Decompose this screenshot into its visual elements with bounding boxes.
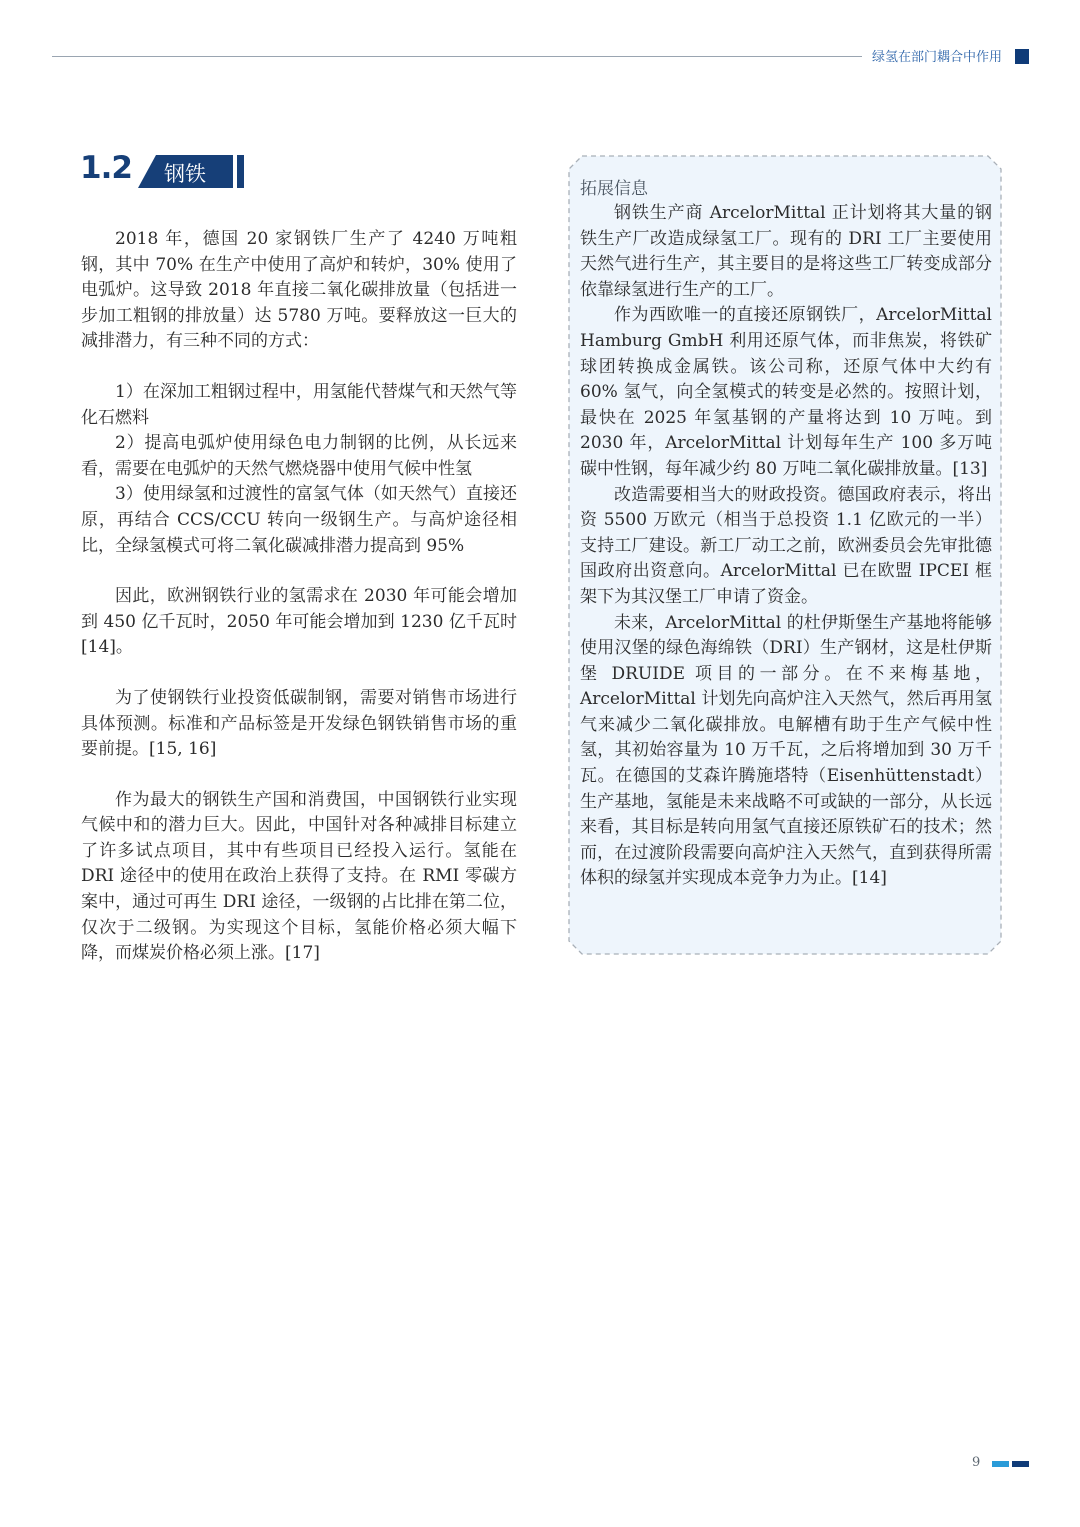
info-paragraph-2: 作为西欧唯一的直接还原钢铁厂，ArcelorMittal Hamburg Gmb…	[580, 303, 992, 482]
running-header-title: 绿氢在部门耦合中作用	[872, 46, 1012, 65]
paragraph-demand: 因此，欧洲钢铁行业的氢需求在 2030 年可能会增加到 450 亿千瓦时，205…	[81, 584, 517, 661]
header-rule	[52, 56, 862, 57]
paragraph-intro: 2018 年，德国 20 家钢铁厂生产了 4240 万吨粗钢，其中 70% 在生…	[81, 227, 517, 355]
list-item-2: 2）提高电弧炉使用绿色电力制钢的比例，从长远来看，需要在电弧炉的天然气燃烧器中使…	[81, 431, 517, 482]
section-title-tag: 钢铁	[138, 155, 233, 188]
main-text-column: 2018 年，德国 20 家钢铁厂生产了 4240 万吨粗钢，其中 70% 在生…	[81, 227, 517, 967]
header-square-icon	[1015, 49, 1029, 64]
footer-bar-dark-icon	[1012, 1461, 1029, 1467]
info-box: 拓展信息 钢铁生产商 ArcelorMittal 正计划将其大量的钢铁生产厂改造…	[568, 155, 1002, 955]
paragraph-market: 为了使钢铁行业投资低碳制钢，需要对销售市场进行具体预测。标准和产品标签是开发绿色…	[81, 686, 517, 763]
info-box-content: 拓展信息 钢铁生产商 ArcelorMittal 正计划将其大量的钢铁生产厂改造…	[580, 177, 992, 892]
paragraph-china: 作为最大的钢铁生产国和消费国，中国钢铁行业实现气候中和的潜力巨大。因此，中国针对…	[81, 788, 517, 967]
page-number: 9	[972, 1455, 980, 1470]
info-paragraph-3: 改造需要相当大的财政投资。德国政府表示，将出资 5500 万欧元（相当于总投资 …	[580, 483, 992, 611]
section-title-bar	[237, 155, 244, 188]
list-item-3: 3）使用绿氢和过渡性的富氢气体（如天然气）直接还原，再结合 CCS/CCU 转向…	[81, 482, 517, 559]
footer-bar-light-icon	[992, 1461, 1009, 1467]
info-box-title: 拓展信息	[580, 177, 992, 201]
list-item-1: 1）在深加工粗钢过程中，用氢能代替煤气和天然气等化石燃料	[81, 380, 517, 431]
info-paragraph-1: 钢铁生产商 ArcelorMittal 正计划将其大量的钢铁生产厂改造成绿氢工厂…	[580, 201, 992, 303]
section-number: 1.2	[80, 150, 132, 186]
info-paragraph-4: 未来，ArcelorMittal 的杜伊斯堡生产基地将能够使用汉堡的绿色海绵铁（…	[580, 611, 992, 893]
section-title: 钢铁	[164, 158, 206, 188]
